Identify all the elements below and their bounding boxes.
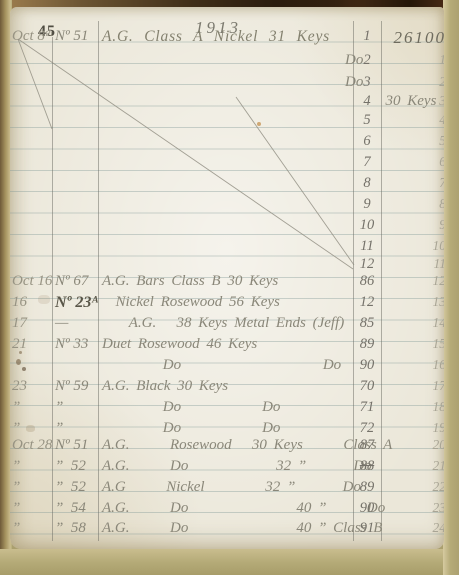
ledger-row: 1110 (10, 238, 444, 258)
cell-num: 3 (355, 74, 379, 91)
cell-no: ” (55, 420, 105, 437)
cell-desc: A.G. Rosewood 30 Keys Class A (102, 437, 362, 454)
cell-serial: 19 (386, 420, 444, 436)
cell-serial: 15 (386, 336, 444, 352)
cell-serial: 21 (386, 458, 444, 474)
cell-num: 90 (355, 357, 379, 374)
cell-serial: 1 (386, 52, 444, 68)
ledger-row: Do32 (10, 74, 444, 94)
cell-serial: 8 (386, 196, 444, 212)
ledger-row: 109 (10, 217, 444, 237)
cell-num: 90 (355, 500, 379, 517)
cell-num: 7 (355, 154, 379, 171)
cell-desc: 30 Keys (102, 93, 362, 110)
cell-num: 86 (355, 273, 379, 290)
cell-serial: 6 (386, 154, 444, 170)
cell-desc: A.G. Black 30 Keys (102, 378, 362, 395)
cell-num: 2 (355, 52, 379, 69)
cell-date: ” (12, 399, 56, 416)
cell-no: Nº 59 (55, 378, 105, 395)
cell-no: ” 54 (55, 500, 105, 517)
cell-serial: 4 (386, 112, 444, 128)
cell-desc: A.G. 38 Keys Metal Ends (Jeff) (102, 315, 362, 332)
cell-serial: 10 (386, 238, 444, 254)
cell-num: 70 (355, 378, 379, 395)
ink-speck (22, 367, 26, 371)
ledger-row: ”” 54A.G. Do 40 ” Do9023 (10, 500, 444, 520)
cell-serial: 12 (386, 273, 444, 289)
cell-desc: A.G Nickel 32 ” Do (102, 479, 362, 496)
cell-num: 5 (355, 112, 379, 129)
ledger-row: Do21 (10, 52, 444, 72)
ledger-row: 21Nº 33Duet Rosewood 46 Keys8915 (10, 336, 444, 356)
cell-serial: 24 (386, 520, 444, 536)
cell-date: 23 (12, 378, 56, 395)
cell-no: Nº 51 (55, 28, 105, 45)
cell-num: 89 (355, 336, 379, 353)
cell-date: ” (12, 500, 56, 517)
cell-serial: 5 (386, 133, 444, 149)
cell-num: 9 (355, 196, 379, 213)
cell-desc: A.G. Do 40 ” Do (102, 500, 362, 517)
cell-num: 6 (355, 133, 379, 150)
cell-serial: 18 (386, 399, 444, 415)
cell-desc: A.G. Do 32 ” Do (102, 458, 362, 475)
ledger-row: 30 Keys43 (10, 93, 444, 113)
cell-desc: A.G. Do 40 ” Class B (102, 520, 362, 537)
cell-date: Oct 28 (12, 437, 56, 454)
ink-speck (19, 351, 22, 354)
cell-serial: 20 (386, 437, 444, 453)
cell-num: 12 (355, 256, 379, 273)
ledger-row: 23Nº 59A.G. Black 30 Keys7017 (10, 378, 444, 398)
cell-serial: 11 (386, 256, 444, 272)
page-bottom-edge (0, 549, 459, 575)
cell-no: ” 52 (55, 458, 105, 475)
cell-no: ” 58 (55, 520, 105, 537)
cell-num: 12 (355, 294, 379, 311)
cell-no: — (55, 315, 105, 332)
cell-serial: 2 (386, 74, 444, 90)
ledger-row: Oct 16Nº 67A.G. Bars Class B 30 Keys8612 (10, 273, 444, 293)
cell-serial: 16 (386, 357, 444, 373)
cell-no: Nº 33 (55, 336, 105, 353)
ledger-row: 54 (10, 112, 444, 132)
cell-desc: Do Do (102, 420, 362, 437)
cell-serial: 13 (386, 294, 444, 310)
cell-num: 87 (355, 437, 379, 454)
ledger-row: ”” 58A.G. Do 40 ” Class B9124 (10, 520, 444, 540)
page-stack-edge (443, 0, 459, 575)
cell-desc: A.G. Bars Class B 30 Keys (102, 273, 362, 290)
cell-serial: 23 (386, 500, 444, 516)
ledger-row: Oct 28Nº 51A.G. Rosewood 30 Keys Class A… (10, 437, 444, 457)
cell-num: 85 (355, 315, 379, 332)
cell-desc: Do Do (102, 399, 362, 416)
cell-serial: 14 (386, 315, 444, 331)
cell-no: Nº 23ᴬ (55, 294, 105, 312)
ledger-row: Oct 8ᵗʰNº 51A.G. Class A Nickel 31 Keys1… (10, 28, 444, 48)
cell-serial: 9 (386, 217, 444, 233)
cell-date: Oct 16 (12, 273, 56, 290)
ledger-row: ”” 52A.G Nickel 32 ” Do8922 (10, 479, 444, 499)
cell-desc: Nickel Rosewood 56 Keys (102, 294, 362, 311)
cell-date: 17 (12, 315, 56, 332)
ledger-paper: 45 1913 Oct 8ᵗʰNº 51A.G. Class A Nickel … (10, 7, 444, 549)
cell-no: ” (55, 399, 105, 416)
cell-no: Nº 51 (55, 437, 105, 454)
ledger-row: Do Do9016 (10, 357, 444, 377)
cell-desc: A.G. Class A Nickel 31 Keys (102, 28, 362, 46)
cell-serial: 26100 (386, 28, 444, 48)
ledger-row: 76 (10, 154, 444, 174)
cell-desc: Duet Rosewood 46 Keys (102, 336, 362, 353)
cell-date: ” (12, 458, 56, 475)
cell-serial: 7 (386, 175, 444, 191)
cell-no: ” 52 (55, 479, 105, 496)
cell-num: 72 (355, 420, 379, 437)
cell-num: 71 (355, 399, 379, 416)
ledger-row: 87 (10, 175, 444, 195)
cell-no: Nº 67 (55, 273, 105, 290)
cell-desc: Do Do (102, 357, 362, 374)
cell-num: 1 (355, 28, 379, 45)
cell-num: 91 (355, 520, 379, 537)
age-smudge (38, 295, 50, 304)
stain-speck (257, 122, 261, 126)
cell-desc: Do (102, 52, 362, 69)
cell-serial: 22 (386, 479, 444, 495)
cell-num: 10 (355, 217, 379, 234)
cell-date: ” (12, 520, 56, 537)
cell-num: 8 (355, 175, 379, 192)
cell-date: Oct 8ᵗʰ (12, 28, 56, 45)
ledger-row: 98 (10, 196, 444, 216)
ledger-row: ”” 52A.G. Do 32 ” Do8821 (10, 458, 444, 478)
scanned-ledger-photo: 45 1913 Oct 8ᵗʰNº 51A.G. Class A Nickel … (0, 0, 459, 575)
cell-num: 88 (355, 458, 379, 475)
ledger-row: ”” Do Do7118 (10, 399, 444, 419)
ink-speck (16, 359, 21, 365)
ledger-row: 17— A.G. 38 Keys Metal Ends (Jeff)8514 (10, 315, 444, 335)
ledger-row: 16Nº 23ᴬ Nickel Rosewood 56 Keys1213 (10, 294, 444, 314)
cell-serial: 17 (386, 378, 444, 394)
cell-desc: Do (102, 74, 362, 91)
cell-date: ” (12, 479, 56, 496)
age-smudge (26, 425, 35, 432)
cell-serial: 3 (386, 93, 444, 109)
cell-num: 11 (355, 238, 379, 255)
ledger-row: 65 (10, 133, 444, 153)
cell-num: 4 (355, 93, 379, 110)
cell-num: 89 (355, 479, 379, 496)
